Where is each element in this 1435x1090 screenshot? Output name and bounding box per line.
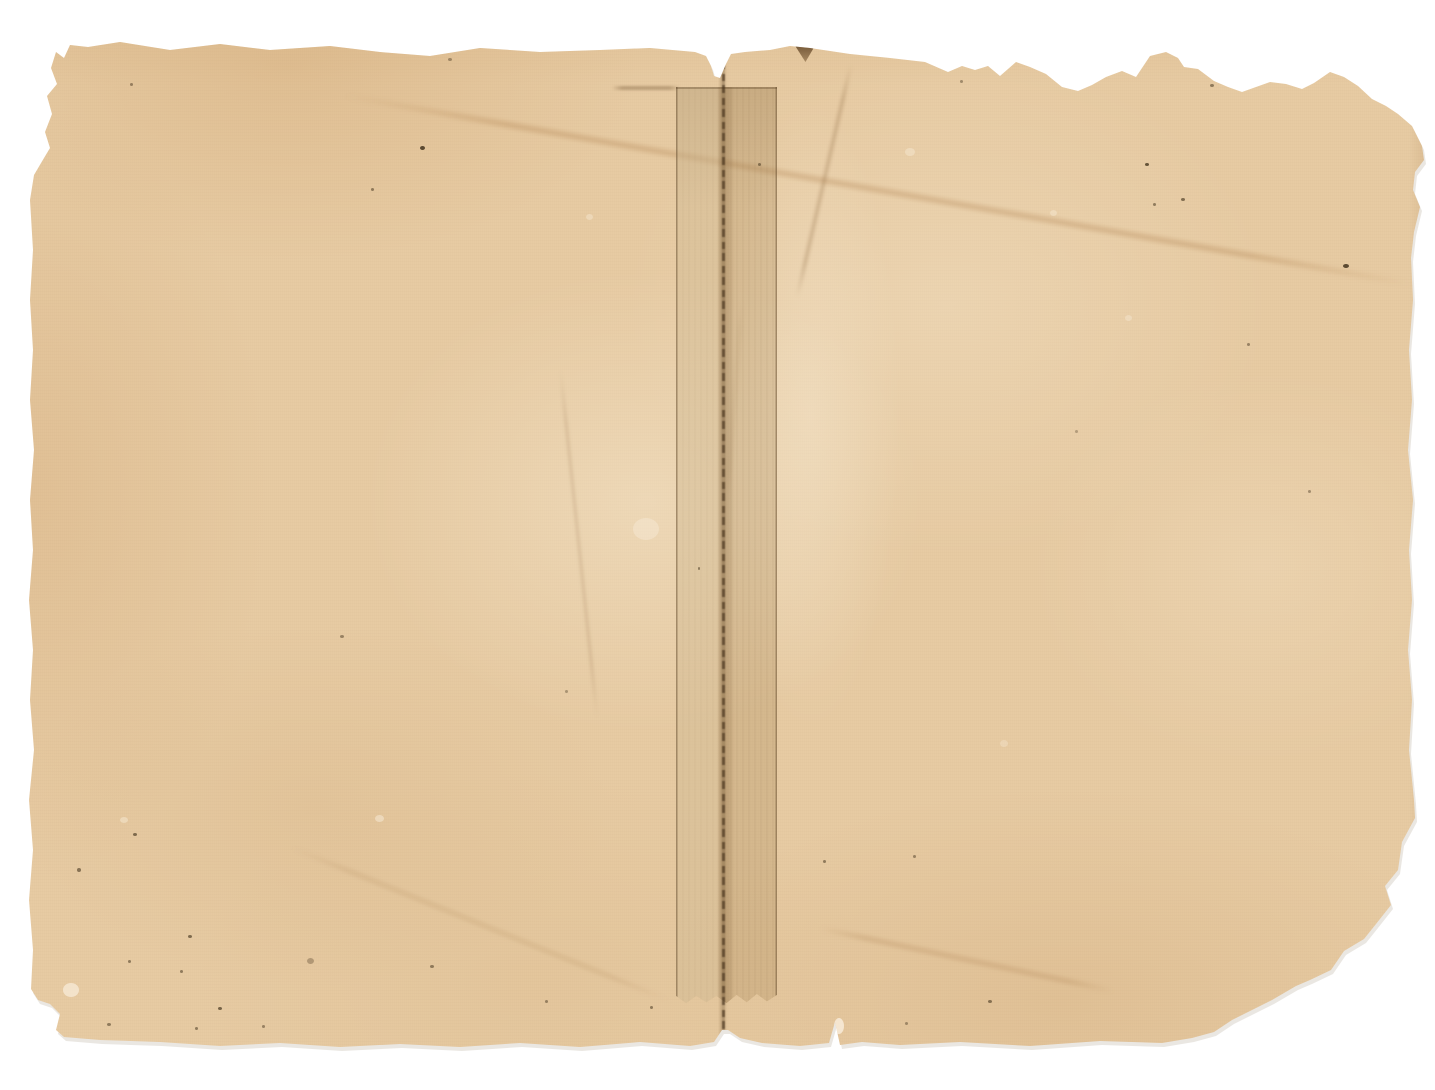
paper-fleck xyxy=(63,983,79,997)
paper-fleck xyxy=(586,214,593,220)
paper-fleck xyxy=(120,817,128,823)
scan-area xyxy=(0,0,1435,1090)
flecks-layer xyxy=(0,0,1435,1090)
paper-fleck xyxy=(1125,315,1132,321)
paper-fleck xyxy=(716,58,724,68)
paper-fleck xyxy=(633,518,659,540)
paper-fleck xyxy=(1050,210,1057,216)
paper-fleck xyxy=(1000,740,1008,747)
paper-speck xyxy=(1377,88,1382,92)
paper-fleck xyxy=(375,815,384,822)
paper-fleck xyxy=(905,148,915,156)
paper-sheet xyxy=(0,0,1435,1090)
